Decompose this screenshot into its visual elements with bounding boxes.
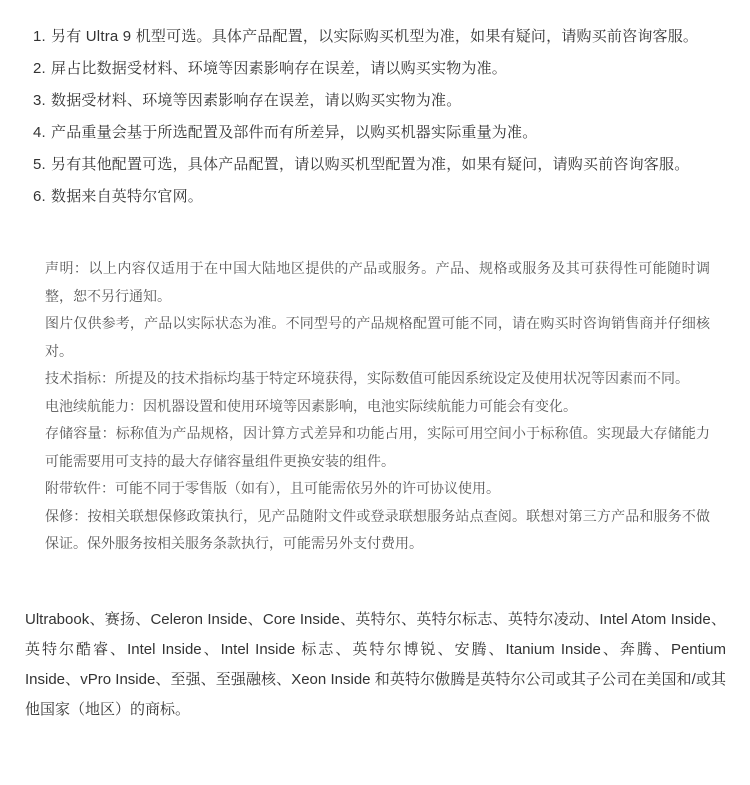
- statement-paragraph-disclaimer: 声明：以上内容仅适用于在中国大陆地区提供的产品或服务。产品、规格或服务及其可获得…: [45, 255, 710, 310]
- note-item: 2. 屏占比数据受材料、环境等因素影响存在误差，请以购买实物为准。: [33, 53, 720, 85]
- note-item: 3. 数据受材料、环境等因素影响存在误差，请以购买实物为准。: [33, 85, 720, 117]
- statement-paragraph-warranty: 保修：按相关联想保修政策执行，见产品随附文件或登录联想服务站点查阅。联想对第三方…: [45, 503, 710, 558]
- note-text: 屏占比数据受材料、环境等因素影响存在误差，请以购买实物为准。: [51, 53, 720, 85]
- notes-list: 1. 另有 Ultra 9 机型可选。具体产品配置，以实际购买机型为准，如果有疑…: [0, 0, 750, 213]
- note-number: 1.: [33, 21, 48, 53]
- note-text: 数据受材料、环境等因素影响存在误差，请以购买实物为准。: [51, 85, 720, 117]
- statement-paragraph-images: 图片仅供参考，产品以实际状态为准。不同型号的产品规格配置可能不同，请在购买时咨询…: [45, 310, 710, 365]
- note-item: 1. 另有 Ultra 9 机型可选。具体产品配置，以实际购买机型为准，如果有疑…: [33, 21, 720, 53]
- note-text: 数据来自英特尔官网。: [51, 181, 720, 213]
- note-text: 另有 Ultra 9 机型可选。具体产品配置，以实际购买机型为准，如果有疑问，请…: [51, 21, 720, 53]
- note-item: 6. 数据来自英特尔官网。: [33, 181, 720, 213]
- note-text: 另有其他配置可选，具体产品配置，请以购买机型配置为准，如果有疑问，请购买前咨询客…: [51, 149, 720, 181]
- statement-paragraph-tech-specs: 技术指标：所提及的技术指标均基于特定环境获得，实际数值可能因系统设定及使用状况等…: [45, 365, 710, 393]
- note-item: 5. 另有其他配置可选，具体产品配置，请以购买机型配置为准，如果有疑问，请购买前…: [33, 149, 720, 181]
- note-item: 4. 产品重量会基于所选配置及部件而有所差异，以购买机器实际重量为准。: [33, 117, 720, 149]
- note-number: 4.: [33, 117, 48, 149]
- statement-paragraph-software: 附带软件：可能不同于零售版（如有），且可能需依另外的许可协议使用。: [45, 475, 710, 503]
- product-disclaimer-page: 1. 另有 Ultra 9 机型可选。具体产品配置，以实际购买机型为准，如果有疑…: [0, 0, 750, 785]
- statement-section: 声明：以上内容仅适用于在中国大陆地区提供的产品或服务。产品、规格或服务及其可获得…: [45, 255, 710, 558]
- trademark-notice: Ultrabook、赛扬、Celeron Inside、Core Inside、…: [25, 605, 726, 725]
- note-text: 产品重量会基于所选配置及部件而有所差异，以购买机器实际重量为准。: [51, 117, 720, 149]
- note-number: 3.: [33, 85, 48, 117]
- note-number: 2.: [33, 53, 48, 85]
- statement-paragraph-battery: 电池续航能力：因机器设置和使用环境等因素影响，电池实际续航能力可能会有变化。: [45, 393, 710, 421]
- note-number: 5.: [33, 149, 48, 181]
- note-number: 6.: [33, 181, 48, 213]
- statement-paragraph-storage: 存储容量：标称值为产品规格，因计算方式差异和功能占用，实际可用空间小于标称值。实…: [45, 420, 710, 475]
